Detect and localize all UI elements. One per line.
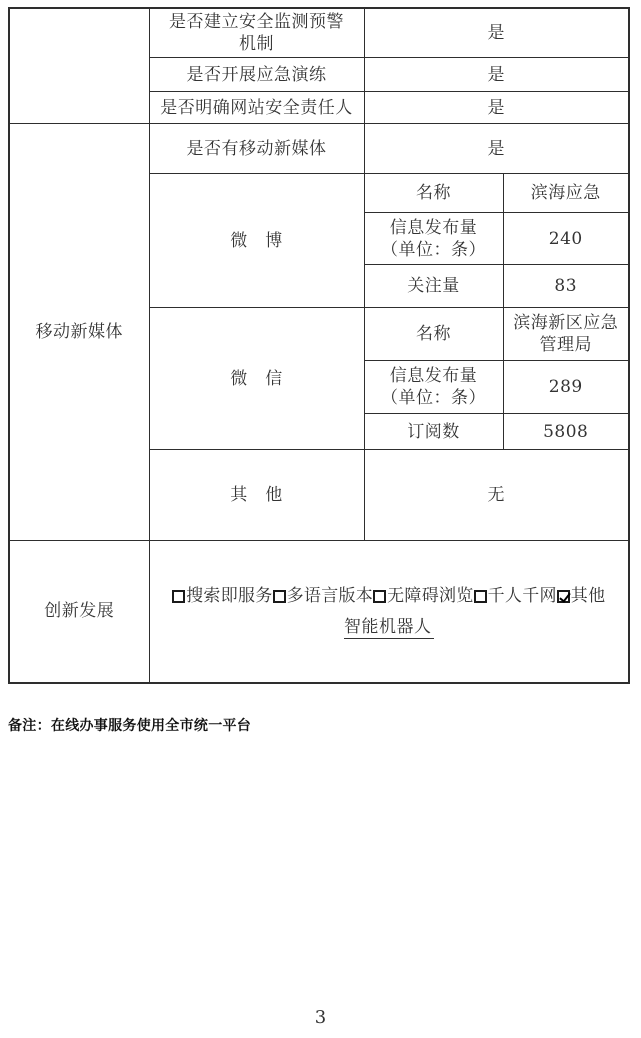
checkbox-option: 搜索即服务	[172, 586, 273, 606]
field-value-cell: 滨海新区应急 管理局	[503, 308, 629, 361]
field-label-cell: 信息发布量 （单位：条）	[364, 361, 503, 414]
field-label-cell: 关注量	[364, 265, 503, 308]
answer-cell: 是	[364, 8, 629, 58]
checkbox-label: 千人千网	[488, 586, 557, 606]
checkbox-checked-icon	[557, 590, 570, 603]
answer-cell: 是	[364, 58, 629, 92]
platform-label-cell-weibo: 微 博	[149, 174, 364, 308]
checkbox-label: 无障碍浏览	[387, 586, 474, 606]
platform-label-cell-wechat: 微 信	[149, 308, 364, 450]
checkbox-icon	[172, 590, 185, 603]
question-cell: 是否开展应急演练	[149, 58, 364, 92]
checkbox-option: 千人千网	[474, 586, 557, 606]
innovation-other-answer-line: 智能机器人	[154, 616, 625, 638]
field-value-line: 管理局	[508, 334, 625, 356]
answer-cell: 是	[364, 124, 629, 174]
field-label-line: 信息发布量	[369, 365, 499, 387]
platform-label-cell-other: 其 他	[149, 450, 364, 541]
table-row: 是否建立安全监测预警 机制 是	[9, 8, 629, 58]
field-label-cell: 名称	[364, 308, 503, 361]
field-label-line: 信息发布量	[369, 217, 499, 239]
checkbox-label: 其他	[571, 586, 606, 606]
report-page: 是否建立安全监测预警 机制 是 是否开展应急演练 是 是否明确网站安全责任人 是…	[0, 0, 641, 1038]
checkbox-icon	[373, 590, 386, 603]
field-value-cell: 滨海应急	[503, 174, 629, 213]
page-number: 3	[0, 1007, 641, 1028]
table-row: 移动新媒体 是否有移动新媒体 是	[9, 124, 629, 174]
question-cell: 是否明确网站安全责任人	[149, 92, 364, 124]
footnote: 备注：在线办事服务使用全市统一平台	[8, 716, 251, 736]
field-label-line: （单位：条）	[369, 239, 499, 261]
section-label-cell-innovation: 创新发展	[9, 541, 149, 683]
section-label-cell-empty	[9, 8, 149, 124]
field-value-cell: 240	[503, 213, 629, 265]
field-label-cell: 订阅数	[364, 414, 503, 450]
checkbox-label: 搜索即服务	[186, 586, 273, 606]
question-cell: 是否建立安全监测预警 机制	[149, 8, 364, 58]
checkbox-option: 无障碍浏览	[373, 586, 474, 606]
question-label-line: 机制	[154, 33, 360, 55]
report-table: 是否建立安全监测预警 机制 是 是否开展应急演练 是 是否明确网站安全责任人 是…	[8, 7, 630, 684]
answer-cell: 无	[364, 450, 629, 541]
table-row: 创新发展 搜索即服务多语言版本无障碍浏览千人千网其他 智能机器人	[9, 541, 629, 683]
innovation-options: 搜索即服务多语言版本无障碍浏览千人千网其他	[154, 585, 625, 607]
innovation-other-answer: 智能机器人	[344, 617, 434, 639]
field-label-cell: 名称	[364, 174, 503, 213]
field-value-cell: 5808	[503, 414, 629, 450]
question-cell: 是否有移动新媒体	[149, 124, 364, 174]
answer-cell: 是	[364, 92, 629, 124]
field-value-cell: 289	[503, 361, 629, 414]
section-label-cell-mobile-media: 移动新媒体	[9, 124, 149, 541]
checkbox-label: 多语言版本	[287, 586, 374, 606]
innovation-content-cell: 搜索即服务多语言版本无障碍浏览千人千网其他 智能机器人	[149, 541, 629, 683]
question-label-line: 是否建立安全监测预警	[154, 11, 360, 33]
checkbox-option: 多语言版本	[273, 586, 374, 606]
field-value-cell: 83	[503, 265, 629, 308]
checkbox-icon	[474, 590, 487, 603]
checkbox-icon	[273, 590, 286, 603]
checkbox-option: 其他	[557, 586, 606, 606]
field-label-line: （单位：条）	[369, 387, 499, 409]
field-label-cell: 信息发布量 （单位：条）	[364, 213, 503, 265]
field-value-line: 滨海新区应急	[508, 312, 625, 334]
